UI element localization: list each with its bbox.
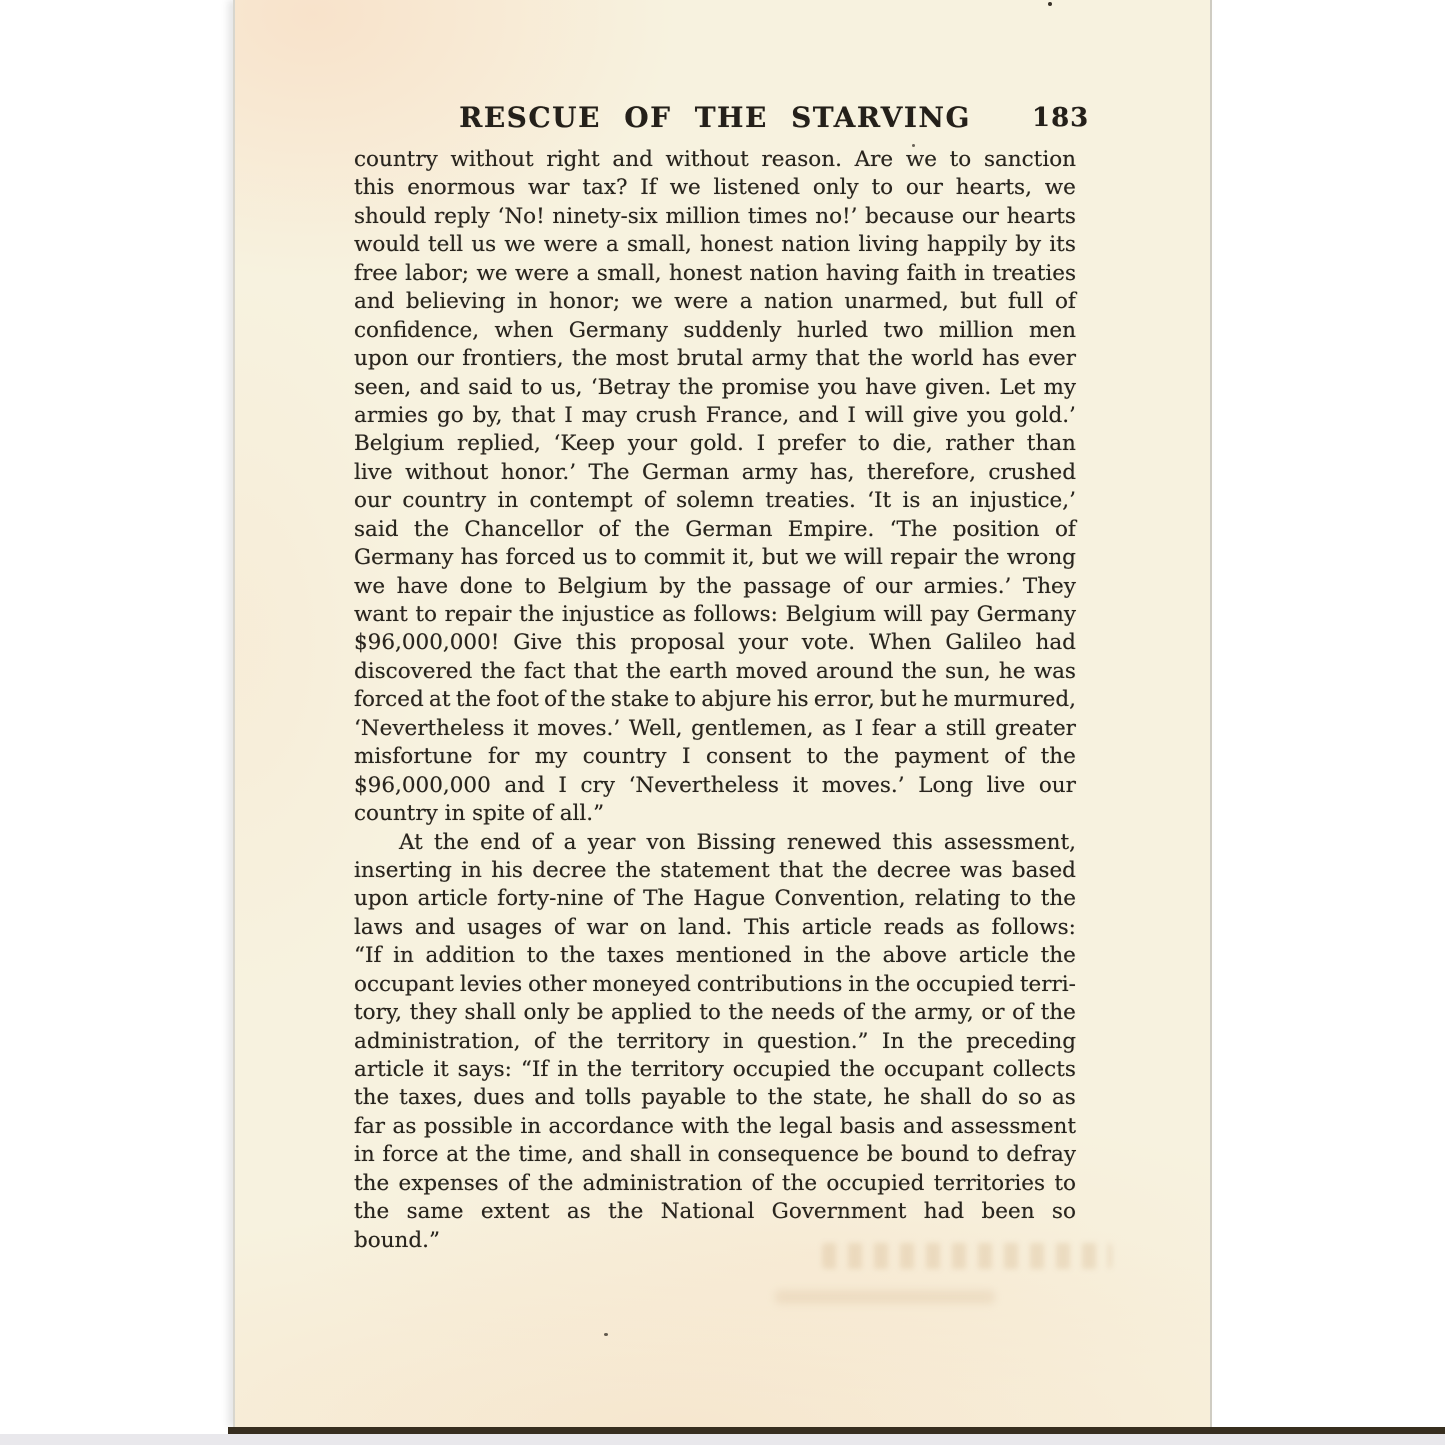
dust-speck xyxy=(535,1098,538,1101)
text-line: theexpensesoftheadministrationoftheoccup… xyxy=(354,1170,1076,1198)
text-line: insertinginhisdecreethestatementthatthed… xyxy=(354,857,1076,885)
text-line: uponourfrontiers,themostbrutalarmythatth… xyxy=(354,345,1076,373)
text-line: Belgiumreplied,‘Keepyourgold.Iprefertodi… xyxy=(354,430,1076,458)
scanned-page-photo: RESCUE OF THE STARVING 183 countrywithou… xyxy=(0,0,1445,1445)
page-header: RESCUE OF THE STARVING 183 xyxy=(354,101,1076,135)
page-number: 183 xyxy=(1032,103,1089,133)
text-line: tory,theyshallonlybeappliedtotheneedsoft… xyxy=(354,999,1076,1027)
text-line: countrywithoutrightandwithoutreason.Arew… xyxy=(354,146,1076,174)
paragraph: countrywithoutrightandwithoutreason.Arew… xyxy=(354,146,1076,829)
text-line: $96,000,000andIcry‘Neverthelessitmoves.’… xyxy=(354,772,1076,800)
dust-speck xyxy=(604,1333,608,1336)
scan-background-strip xyxy=(0,1434,1445,1445)
page-bottom-edge xyxy=(228,1427,1445,1434)
text-line: lawsandusagesofwaronland.Thisarticleread… xyxy=(354,914,1076,942)
dust-speck xyxy=(1048,2,1052,6)
dust-speck xyxy=(912,144,915,147)
text-line: livewithouthonor.’TheGermanarmyhas,there… xyxy=(354,459,1076,487)
text-line: faraspossibleinaccordancewiththelegalbas… xyxy=(354,1113,1076,1141)
text-line: AttheendofayearvonBissingrenewedthisasse… xyxy=(354,829,1076,857)
text-line: “Ifinadditiontothetaxesmentionedintheabo… xyxy=(354,942,1076,970)
text-line: inforceatthetime,andshallinconsequencebe… xyxy=(354,1141,1076,1169)
text-line: andbelievinginhonor;wewereanationunarmed… xyxy=(354,288,1076,316)
text-line: $96,000,000!Givethisproposalyourvote.Whe… xyxy=(354,629,1076,657)
text-line: saidtheChancelloroftheGermanEmpire.‘Thep… xyxy=(354,516,1076,544)
text-line: wouldtelluswewereasmall,honestnationlivi… xyxy=(354,231,1076,259)
text-line: shouldreply‘No!ninety-sixmilliontimesno!… xyxy=(354,203,1076,231)
text-line: country in spite of all.” xyxy=(354,800,1076,828)
text-line: forcedatthefootofthestaketoabjurehiserro… xyxy=(354,686,1076,714)
text-line: confidence,whenGermanysuddenlyhurledtwom… xyxy=(354,317,1076,345)
text-line: thisenormouswartax?Ifwelistenedonlytoour… xyxy=(354,174,1076,202)
text-line: ‘Neverthelessitmoves.’Well,gentlemen,asI… xyxy=(354,715,1076,743)
show-through-smudge xyxy=(822,1243,1112,1269)
text-line: uponarticleforty-nineofTheHagueConventio… xyxy=(354,885,1076,913)
text-line: thetaxes,duesandtollspayabletothestate,h… xyxy=(354,1084,1076,1112)
text-line: wehavedonetoBelgiumbythepassageofourarmi… xyxy=(354,573,1076,601)
paragraph: AttheendofayearvonBissingrenewedthisasse… xyxy=(354,829,1076,1256)
text-line: seen,andsaidtous,‘Betraythepromiseyouhav… xyxy=(354,374,1076,402)
show-through-smudge xyxy=(775,1290,995,1304)
text-line: articleitsays:“Ifintheterritoryoccupiedt… xyxy=(354,1056,1076,1084)
text-line: thesameextentastheNationalGovernmenthadb… xyxy=(354,1198,1076,1226)
text-line: freelabor;wewereasmall,honestnationhavin… xyxy=(354,260,1076,288)
running-title: RESCUE OF THE STARVING xyxy=(459,101,971,134)
text-line: administration,oftheterritoryinquestion.… xyxy=(354,1028,1076,1056)
text-block: countrywithoutrightandwithoutreason.Arew… xyxy=(354,146,1076,1255)
text-line: occupantleviesothermoneyedcontributionsi… xyxy=(354,971,1076,999)
text-line: wanttorepairtheinjusticeasfollows:Belgiu… xyxy=(354,601,1076,629)
text-line: ourcountryincontemptofsolemntreaties.‘It… xyxy=(354,487,1076,515)
text-line: armiesgoby,thatImaycrushFrance,andIwillg… xyxy=(354,402,1076,430)
text-line: misfortuneformycountryIconsenttothepayme… xyxy=(354,743,1076,771)
book-page: RESCUE OF THE STARVING 183 countrywithou… xyxy=(233,0,1212,1427)
text-line: Germanyhasforcedustocommitit,butwewillre… xyxy=(354,544,1076,572)
text-line: discoveredthefactthattheearthmovedaround… xyxy=(354,658,1076,686)
